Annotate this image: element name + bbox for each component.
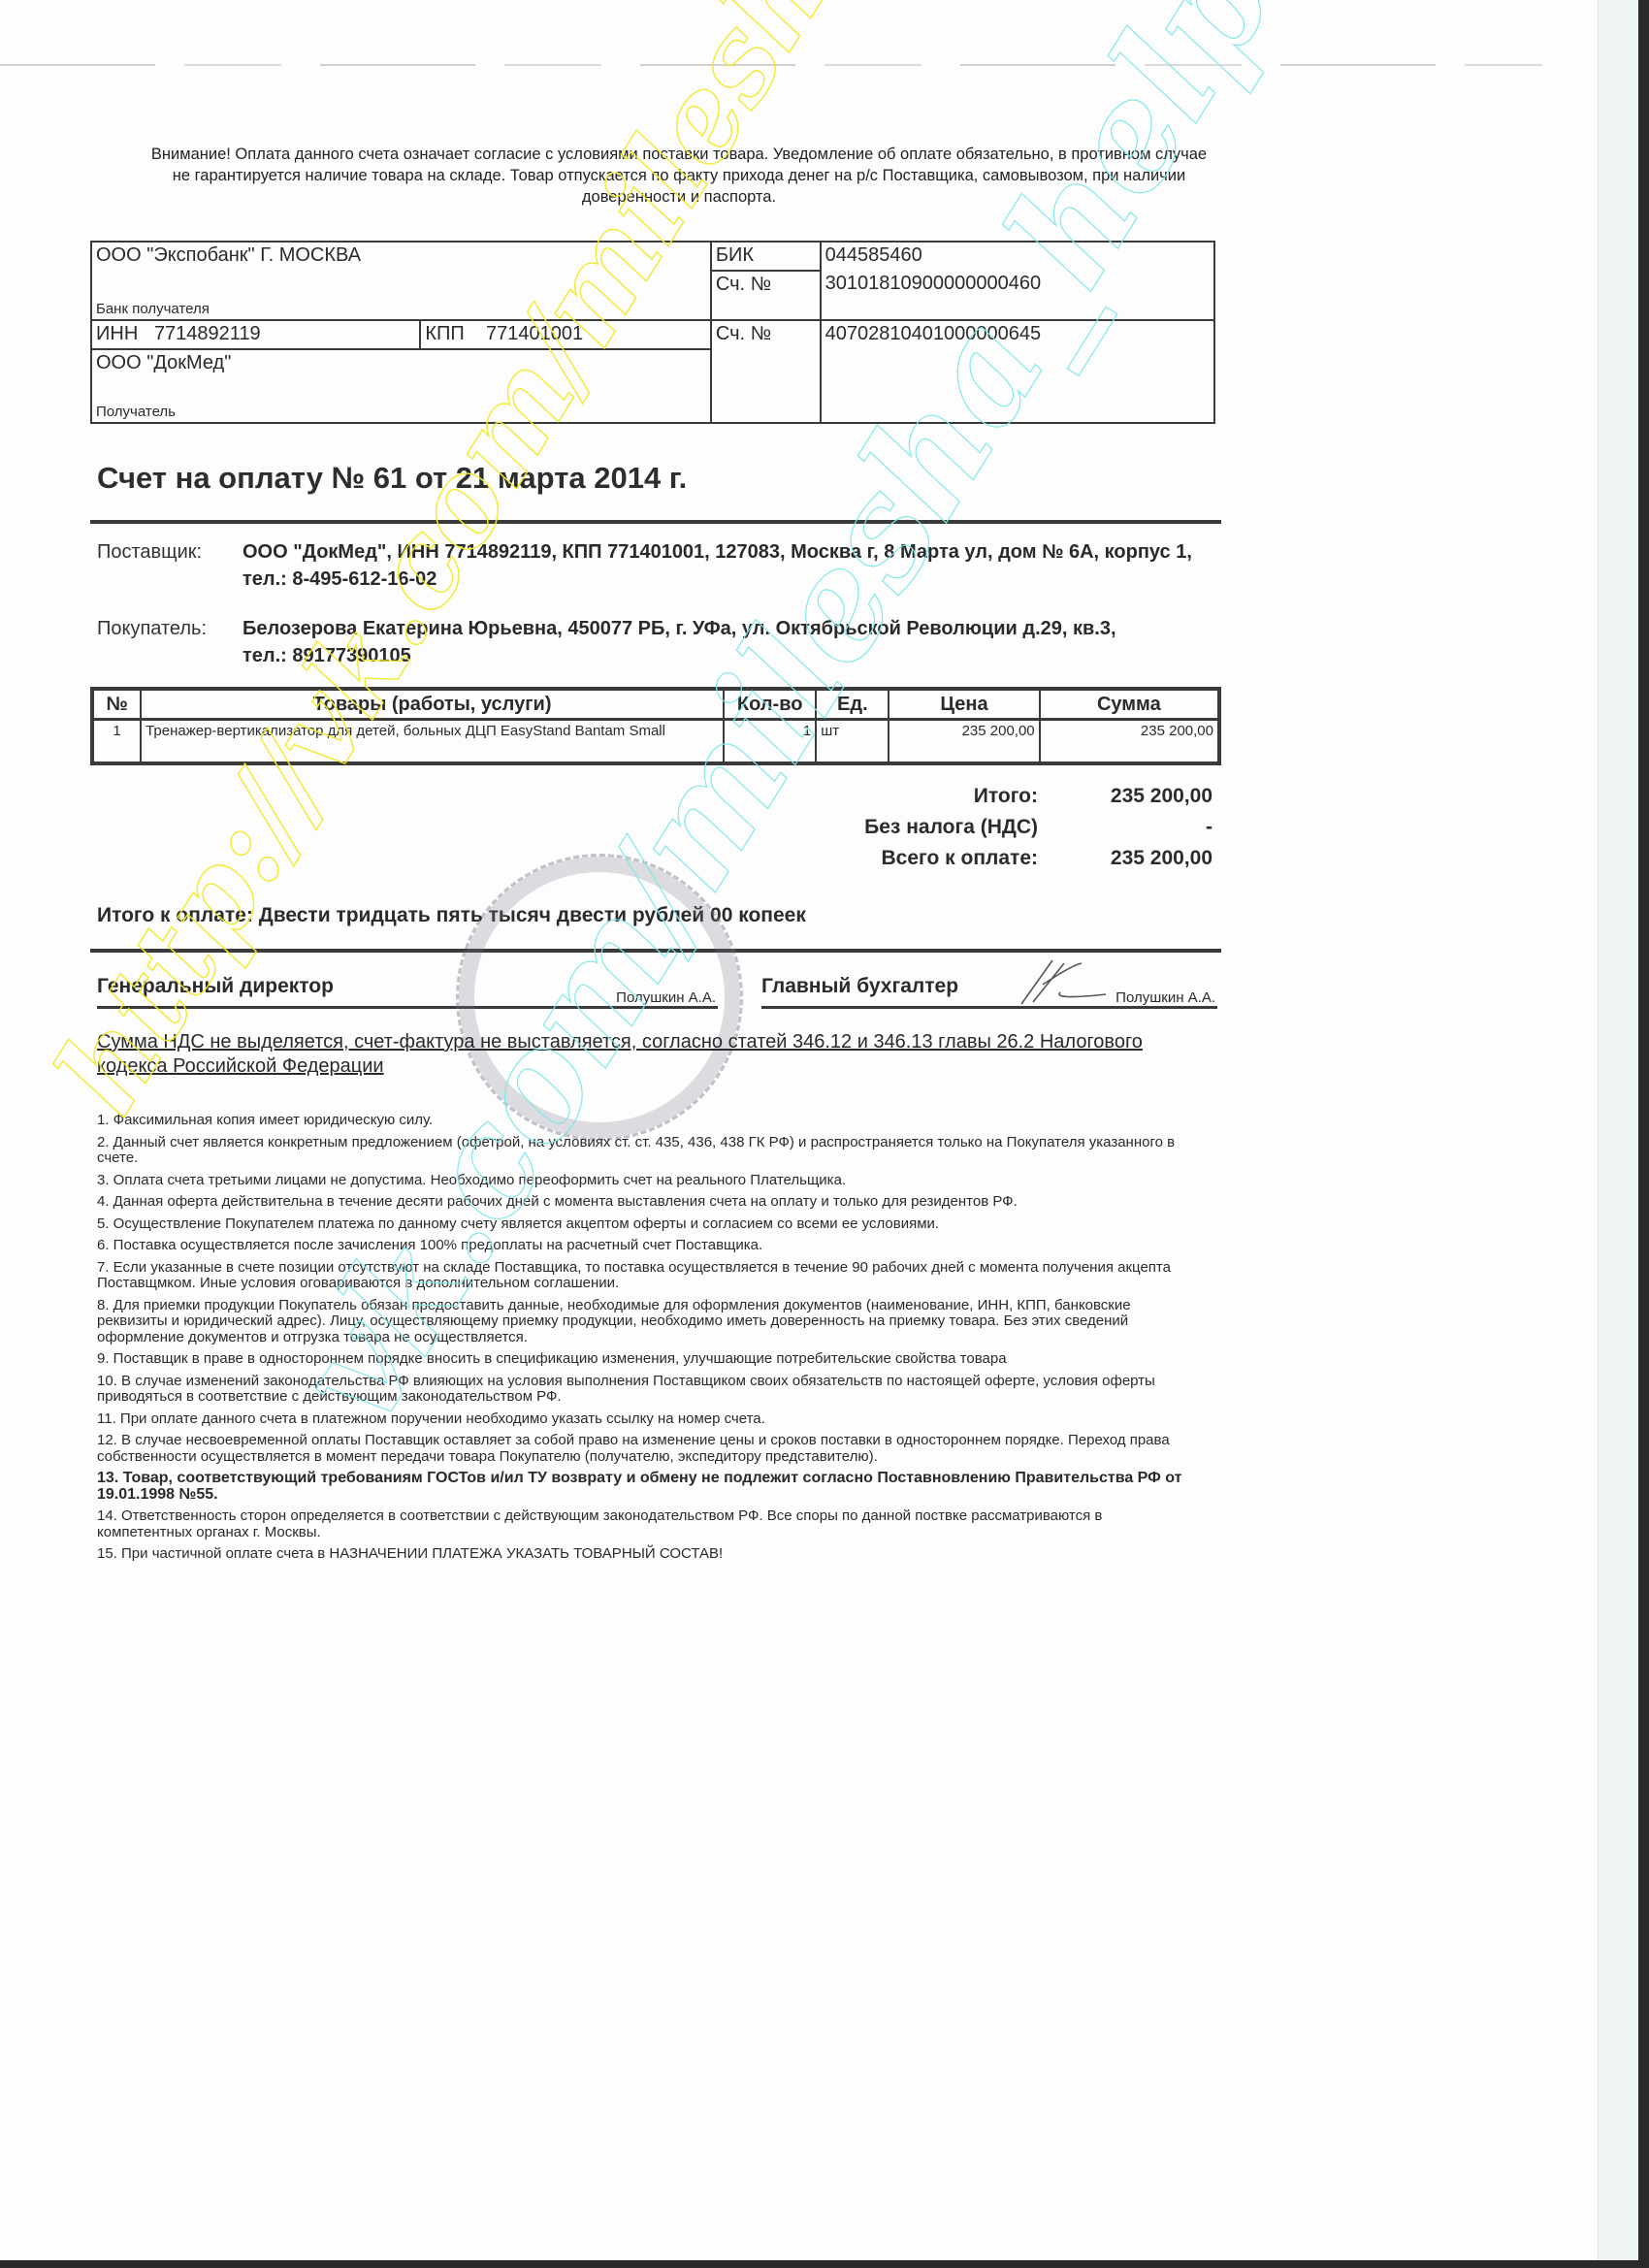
account-label: Сч. №	[711, 320, 821, 423]
bank-label: Банк получателя	[96, 301, 210, 317]
due-label: Всего к оплате:	[737, 843, 1038, 874]
words-divider	[90, 949, 1221, 953]
bik-value: 044585460	[821, 242, 1214, 271]
term-item: 4. Данная оферта действительна в течение…	[97, 1194, 1183, 1211]
buyer-block: Покупатель: Белозерова Екатерина Юрьевна…	[97, 615, 1222, 669]
invoice-title: Счет на оплату № 61 от 21 марта 2014 г.	[97, 461, 687, 496]
director-label: Генеральный директор	[97, 975, 334, 997]
term-item: 8. Для приемки продукции Покупатель обяз…	[97, 1298, 1183, 1346]
vat-value: -	[1038, 812, 1212, 843]
item-unit: шт	[816, 720, 889, 764]
corr-account-value: 30101810900000000460	[821, 271, 1214, 320]
bik-label: БИК	[711, 242, 821, 271]
term-item: 5. Осуществление Покупателем платежа по …	[97, 1216, 1183, 1233]
col-header-unit: Ед.	[816, 689, 889, 720]
item-no: 1	[92, 720, 141, 764]
invoice-page: Внимание! Оплата данного счета означает …	[0, 0, 1598, 2260]
buyer-value: Белозерова Екатерина Юрьевна, 450077 РБ,…	[242, 615, 1222, 669]
items-table: № Товары (работы, услуги) Кол-во Ед. Цен…	[90, 687, 1221, 765]
table-row: 1 Тренажер-вертикализатор для детей, бол…	[92, 720, 1219, 764]
accountant-label: Главный бухгалтер	[761, 975, 958, 997]
kpp-value: 771401001	[486, 323, 583, 344]
bank-details-table: ООО "Экспобанк" Г. МОСКВА Банк получател…	[90, 241, 1215, 424]
title-divider	[90, 520, 1221, 524]
bank-name-cell: ООО "Экспобанк" Г. МОСКВА Банк получател…	[91, 242, 711, 320]
col-header-qty: Кол-во	[724, 689, 816, 720]
director-signature-line: Генеральный директор Полушкин А.А.	[97, 975, 718, 1009]
vat-label: Без налога (НДС)	[737, 812, 1038, 843]
term-item: 12. В случае несвоевременной оплаты Пост…	[97, 1433, 1183, 1465]
scan-artifact-line	[0, 64, 1542, 66]
term-item: 9. Поставщик в праве в одностороннем пор…	[97, 1351, 1183, 1368]
due-value: 235 200,00	[1038, 843, 1212, 874]
item-qty: 1	[724, 720, 816, 764]
payment-notice: Внимание! Оплата данного счета означает …	[145, 144, 1212, 208]
term-item: 2. Данный счет является конкретным предл…	[97, 1135, 1183, 1167]
total-value: 235 200,00	[1038, 781, 1212, 812]
supplier-value: ООО "ДокМед", ИНН 7714892119, КПП 771401…	[242, 538, 1222, 593]
item-sum: 235 200,00	[1040, 720, 1219, 764]
totals-block: Итого:235 200,00 Без налога (НДС)- Всего…	[737, 781, 1212, 874]
recipient-cell: ООО "ДокМед" Получатель	[91, 349, 711, 423]
col-header-no: №	[92, 689, 141, 720]
bank-name: ООО "Экспобанк" Г. МОСКВА	[96, 244, 706, 267]
inn-cell: ИНН 7714892119	[91, 320, 420, 349]
term-item: 14. Ответственность сторон определяется …	[97, 1508, 1183, 1540]
director-name: Полушкин А.А.	[616, 989, 716, 1006]
term-item: 11. При оплате данного счета в платежном…	[97, 1411, 1183, 1428]
account-value: 40702810401000000645	[821, 320, 1214, 423]
accountant-name: Полушкин А.А.	[1115, 989, 1215, 1006]
supplier-block: Поставщик: ООО "ДокМед", ИНН 7714892119,…	[97, 538, 1222, 593]
term-item: 1. Факсимильная копия имеет юридическую …	[97, 1113, 1183, 1129]
scanner-edge	[1598, 0, 1638, 2260]
terms-list: 1. Факсимильная копия имеет юридическую …	[97, 1113, 1183, 1569]
kpp-label: КПП	[425, 323, 464, 344]
inn-value: 7714892119	[154, 323, 261, 344]
supplier-label: Поставщик:	[97, 538, 242, 593]
buyer-label: Покупатель:	[97, 615, 242, 669]
term-item: 6. Поставка осуществляется после зачисле…	[97, 1238, 1183, 1254]
item-name: Тренажер-вертикализатор для детей, больн…	[141, 720, 724, 764]
vat-exemption-note: Сумма НДС не выделяется, счет-фактура не…	[97, 1030, 1193, 1079]
accountant-signature-line: Главный бухгалтер Полушкин А.А.	[761, 975, 1217, 1009]
total-label: Итого:	[737, 781, 1038, 812]
col-header-sum: Сумма	[1040, 689, 1219, 720]
col-header-price: Цена	[889, 689, 1039, 720]
col-header-goods: Товары (работы, услуги)	[141, 689, 724, 720]
term-item: 15. При частичной оплате счета в НАЗНАЧЕ…	[97, 1546, 1183, 1563]
recipient-label: Получатель	[96, 404, 176, 420]
term-item: 13. Товар, соответствующий требованиям Г…	[97, 1471, 1183, 1503]
kpp-cell: КПП 771401001	[420, 320, 711, 349]
recipient-name: ООО "ДокМед"	[96, 352, 706, 374]
term-item: 3. Оплата счета третьими лицами не допус…	[97, 1173, 1183, 1189]
amount-in-words: Итого к оплате: Двести тридцать пять тыс…	[97, 904, 806, 927]
item-price: 235 200,00	[889, 720, 1039, 764]
inn-label: ИНН	[96, 323, 138, 344]
term-item: 10. В случае изменений законодательства …	[97, 1374, 1183, 1406]
term-item: 7. Если указанные в счете позиции отсутс…	[97, 1260, 1183, 1292]
corr-account-label: Сч. №	[711, 271, 821, 320]
